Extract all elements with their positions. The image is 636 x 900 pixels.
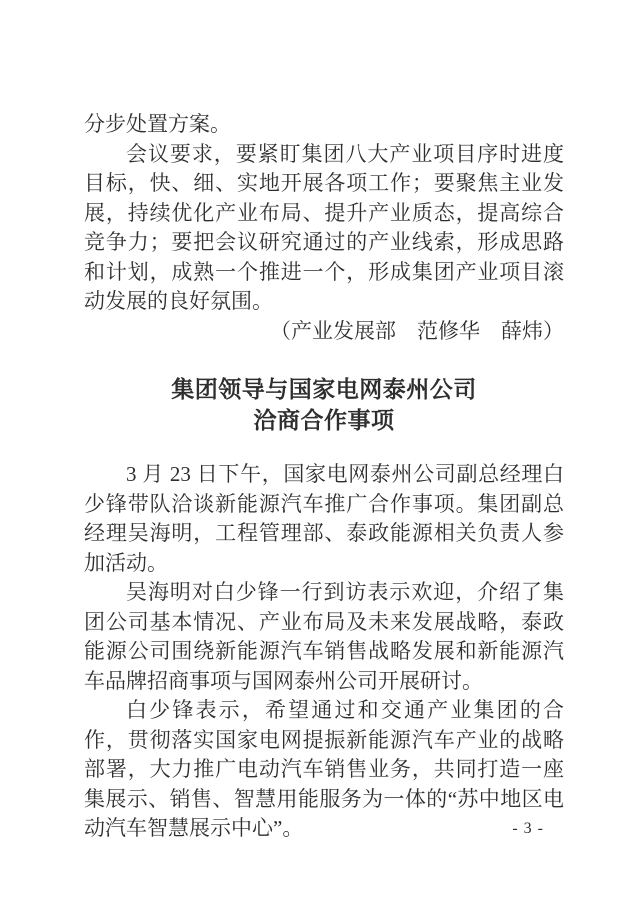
document-content: 分步处置方案。 会议要求，要紧盯集团八大产业项目序时进度目标，快、细、实地开展各… xyxy=(84,110,564,844)
article-paragraph-cooperation: 白少锋表示，希望通过和交通产业集团的合作，贯彻落实国家电网提振新能源汽车产业的战… xyxy=(84,696,564,844)
article-title: 集团领导与国家电网泰州公司 洽商合作事项 xyxy=(84,374,564,436)
document-page: 分步处置方案。 会议要求，要紧盯集团八大产业项目序时进度目标，快、细、实地开展各… xyxy=(0,0,636,900)
article-paragraph-visit: 3 月 23 日下午，国家电网泰州公司副总经理白少锋带队洽谈新能源汽车推广合作事… xyxy=(84,460,564,578)
article-title-line-2: 洽商合作事项 xyxy=(84,405,564,436)
article-title-line-1: 集团领导与国家电网泰州公司 xyxy=(84,374,564,405)
attribution-line: （产业发展部 范修华 薛炜） xyxy=(84,317,564,347)
page-number: - 3 - xyxy=(512,820,544,838)
article-paragraph-welcome: 吴海明对白少锋一行到访表示欢迎，介绍了集团公司基本情况、产业布局及未来发展战略，… xyxy=(84,578,564,696)
meeting-requirements-paragraph: 会议要求，要紧盯集团八大产业项目序时进度目标，快、细、实地开展各项工作；要聚焦主… xyxy=(84,140,564,317)
previous-paragraph-last-line: 分步处置方案。 xyxy=(84,110,564,140)
